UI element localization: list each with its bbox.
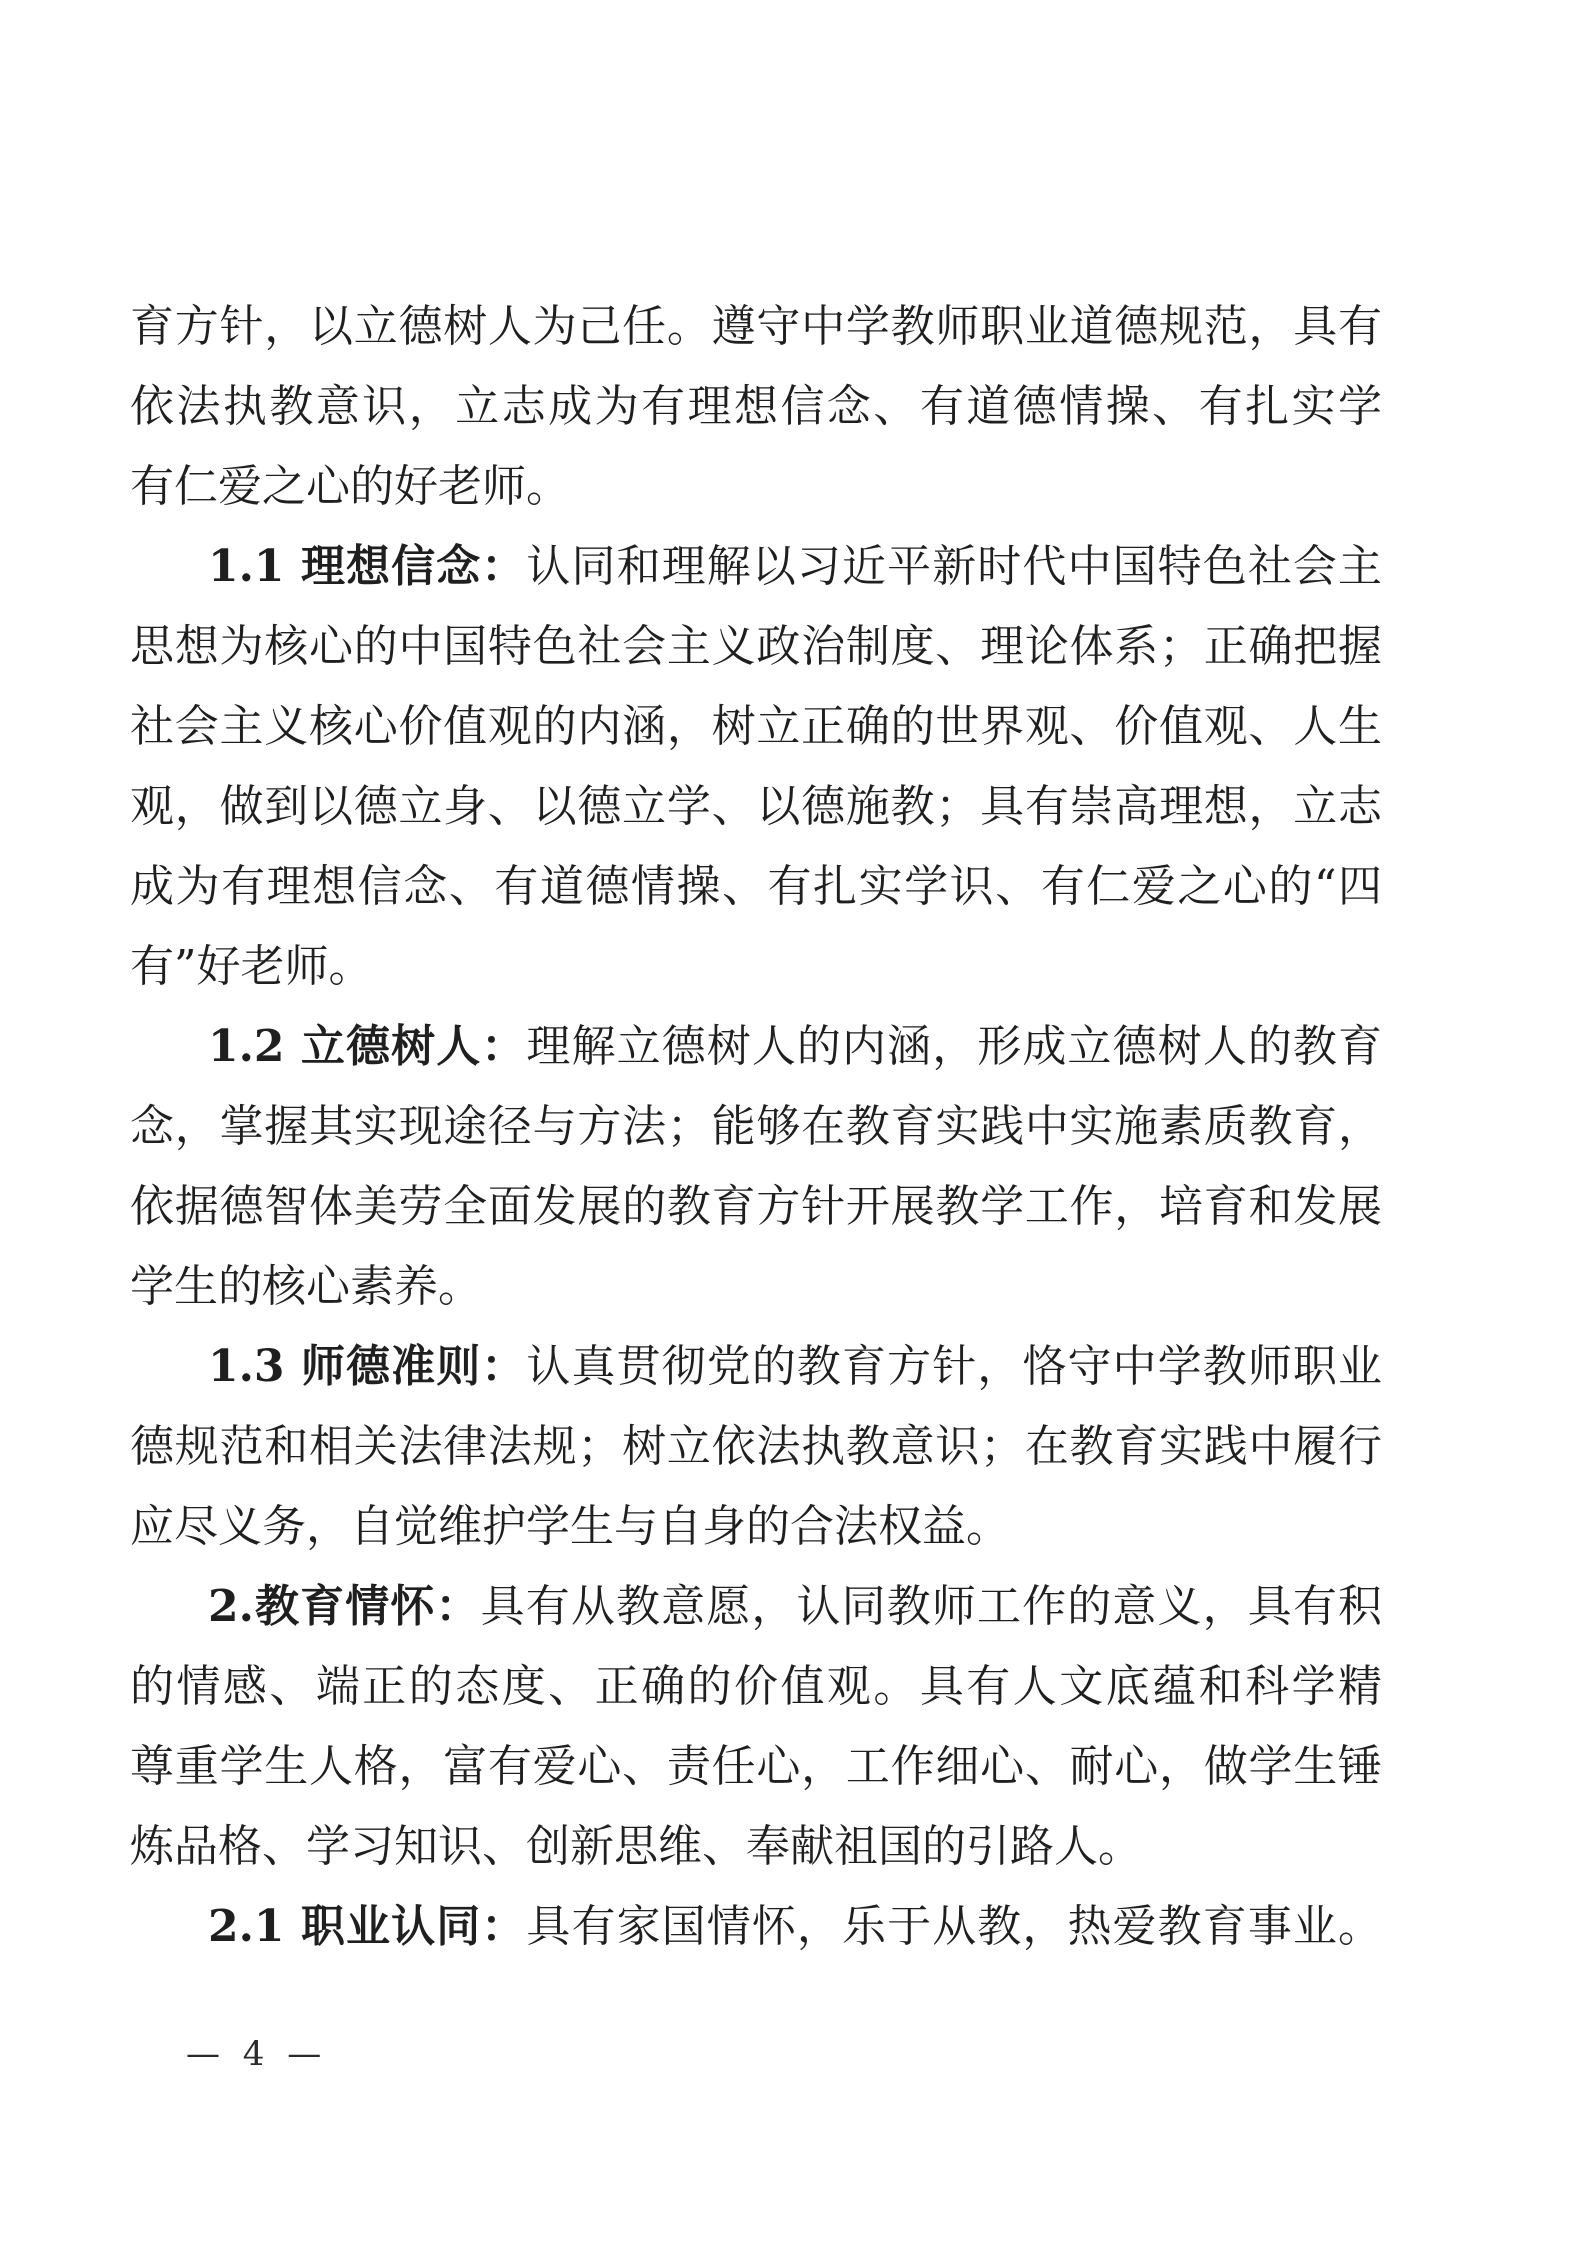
line-text: 念，掌握其实现途径与方法；能够在教育实践中实施素质教育， [130,1101,1382,1152]
text-line: 应尽义务，自觉维护学生与自身的合法权益。 [130,1487,1382,1567]
line-text: 学生的核心素养。 [130,1261,482,1312]
line-text: 应尽义务，自觉维护学生与自身的合法权益。 [130,1501,1010,1552]
line-text: 有仁爱之心的好老师。 [130,461,570,512]
section-label: 1.3 师德准则： [208,1341,526,1392]
line-text: 依据德智体美劳全面发展的教育方针开展教学工作，培育和发展 [130,1181,1382,1232]
text-line: 成为有理想信念、有道德情操、有扎实学识、有仁爱之心的“四 [130,847,1382,927]
line-text: 观，做到以德立身、以德立学、以德施教；具有崇高理想，立志 [130,781,1382,832]
line-text: 思想为核心的中国特色社会主义政治制度、理论体系；正确把握 [130,621,1382,672]
text-line: 学生的核心素养。 [130,1247,1382,1327]
page-number: — 4 — [186,2032,327,2076]
text-line: 育方针，以立德树人为己任。遵守中学教师职业道德规范，具有 [130,287,1382,367]
text-line: 思想为核心的中国特色社会主义政治制度、理论体系；正确把握 [130,607,1382,687]
section-label: 2.1 职业认同： [208,1901,526,1952]
text-line: 1.2 立德树人：理解立德树人的内涵，形成立德树人的教育理 [130,1007,1382,1087]
text-line: 社会主义核心价值观的内涵，树立正确的世界观、价值观、人生 [130,687,1382,767]
text-line: 念，掌握其实现途径与方法；能够在教育实践中实施素质教育， [130,1087,1382,1167]
text-line: 有仁爱之心的好老师。 [130,447,1382,527]
document-page: 育方针，以立德树人为己任。遵守中学教师职业道德规范，具有 依法执教意识，立志成为… [0,0,1587,2245]
line-text: 育方针，以立德树人为己任。遵守中学教师职业道德规范，具有 [130,301,1382,352]
text-line: 的情感、端正的态度、正确的价值观。具有人文底蕴和科学精神， [130,1647,1382,1727]
line-text: 德规范和相关法律法规；树立依法执教意识；在教育实践中履行 [130,1421,1382,1472]
section-label: 1.1 理想信念： [208,541,526,592]
text-line: 观，做到以德立身、以德立学、以德施教；具有崇高理想，立志 [130,767,1382,847]
line-text: 成为有理想信念、有道德情操、有扎实学识、有仁爱之心的“四 [130,861,1382,912]
text-line: 1.3 师德准则：认真贯彻党的教育方针，恪守中学教师职业道 [130,1327,1382,1407]
text-line: 德规范和相关法律法规；树立依法执教意识；在教育实践中履行 [130,1407,1382,1487]
text-line: 炼品格、学习知识、创新思维、奉献祖国的引路人。 [130,1807,1382,1887]
text-line: 1.1 理想信念：认同和理解以习近平新时代中国特色社会主义 [130,527,1382,607]
section-label: 2.教育情怀： [208,1581,481,1632]
text-line: 有”好老师。 [130,927,1382,1007]
line-text: 炼品格、学习知识、创新思维、奉献祖国的引路人。 [130,1821,1142,1872]
line-text: 依法执教意识，立志成为有理想信念、有道德情操、有扎实学识、 [130,381,1382,447]
line-text: 尊重学生人格，富有爱心、责任心，工作细心、耐心，做学生锤 [130,1741,1382,1792]
text-line: 依法执教意识，立志成为有理想信念、有道德情操、有扎实学识、 [130,367,1382,447]
body-text: 育方针，以立德树人为己任。遵守中学教师职业道德规范，具有 依法执教意识，立志成为… [130,287,1382,1967]
line-text: 的情感、端正的态度、正确的价值观。具有人文底蕴和科学精神， [130,1661,1382,1727]
text-line: 2.1 职业认同：具有家国情怀，乐于从教，热爱教育事业。认 [130,1887,1382,1967]
section-label: 1.2 立德树人： [208,1021,526,1072]
line-text: 社会主义核心价值观的内涵，树立正确的世界观、价值观、人生 [130,701,1382,752]
line-text: 有”好老师。 [130,941,373,992]
text-line: 2.教育情怀：具有从教意愿，认同教师工作的意义，具有积极 [130,1567,1382,1647]
text-line: 依据德智体美劳全面发展的教育方针开展教学工作，培育和发展 [130,1167,1382,1247]
text-line: 尊重学生人格，富有爱心、责任心，工作细心、耐心，做学生锤 [130,1727,1382,1807]
